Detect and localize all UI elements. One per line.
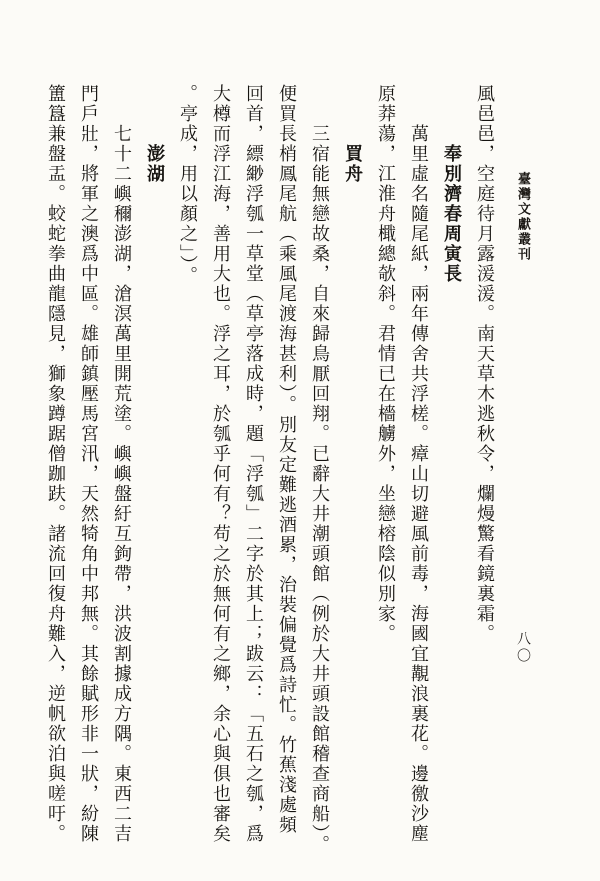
poem-title-column: 買舟 xyxy=(336,84,369,876)
page-number: 八〇 xyxy=(512,631,532,665)
text-column: 便買長梢鳳尾航（乘風尾渡海甚利）。別友定難逃酒累，治裝偏覺爲詩忙。竹蕉淺處頻 xyxy=(270,84,303,876)
text-column: 原莽蕩，江淮舟檝總欹斜。君情已在檣艣外，坐戀榕陰似別家。 xyxy=(369,84,402,876)
poem-title-column: 奉別濟春周寅長 xyxy=(435,84,468,876)
text-column: 三宿能無戀故桑，自來歸鳥厭回翔。已辭大井潮頭館（例於大井頭設館稽查商船）。 xyxy=(303,84,336,876)
text-block: 風邑邑，空庭待月露湲湲。南天草木逃秋令，爛熳驚看鏡裏霜。奉別濟春周寅長萬里虛名隨… xyxy=(39,84,501,876)
text-column: 門戶壯，將軍之澳爲中區。雄師鎮壓馬宮汛，天然犄角中邦無。其餘賦形非一狀，紛陳 xyxy=(72,84,105,876)
text-column: 簠簋兼盤盂。蛟蛇拳曲龍隱見，獅象蹲踞僧跏趺。諸流回復舟難入，逆帆欲泊與嗟吁。 xyxy=(39,84,72,876)
text-column: 七十二嶼穪澎湖，滄溟萬里開荒塗。嶼嶼盤紆互鉤帶，洪波割據成方隅。東西二吉 xyxy=(105,84,138,876)
text-column: 。亭成，用以顏之」）。 xyxy=(171,84,204,876)
scanned-book-page: 臺灣文獻叢刊 風邑邑，空庭待月露湲湲。南天草木逃秋令，爛熳驚看鏡裏霜。奉別濟春周… xyxy=(0,0,600,881)
text-column: 大樽而浮江海，善用大也。浮之耳，於瓠乎何有？苟之於無何有之鄉，余心與俱也審矣 xyxy=(204,84,237,876)
text-column: 萬里虛名隨尾紙，兩年傳舍共浮槎。瘴山切避風前毒，海國宜覯浪裏花。邊徼沙塵 xyxy=(402,84,435,876)
text-column: 回首，縹緲浮瓠一草堂（草亭落成時，題「浮瓠」二字於其上；跋云：「五石之瓠，爲 xyxy=(237,84,270,876)
series-title: 臺灣文獻叢刊 xyxy=(514,172,533,262)
text-column: 風邑邑，空庭待月露湲湲。南天草木逃秋令，爛熳驚看鏡裏霜。 xyxy=(468,84,501,876)
poem-title-column: 澎湖 xyxy=(138,84,171,876)
